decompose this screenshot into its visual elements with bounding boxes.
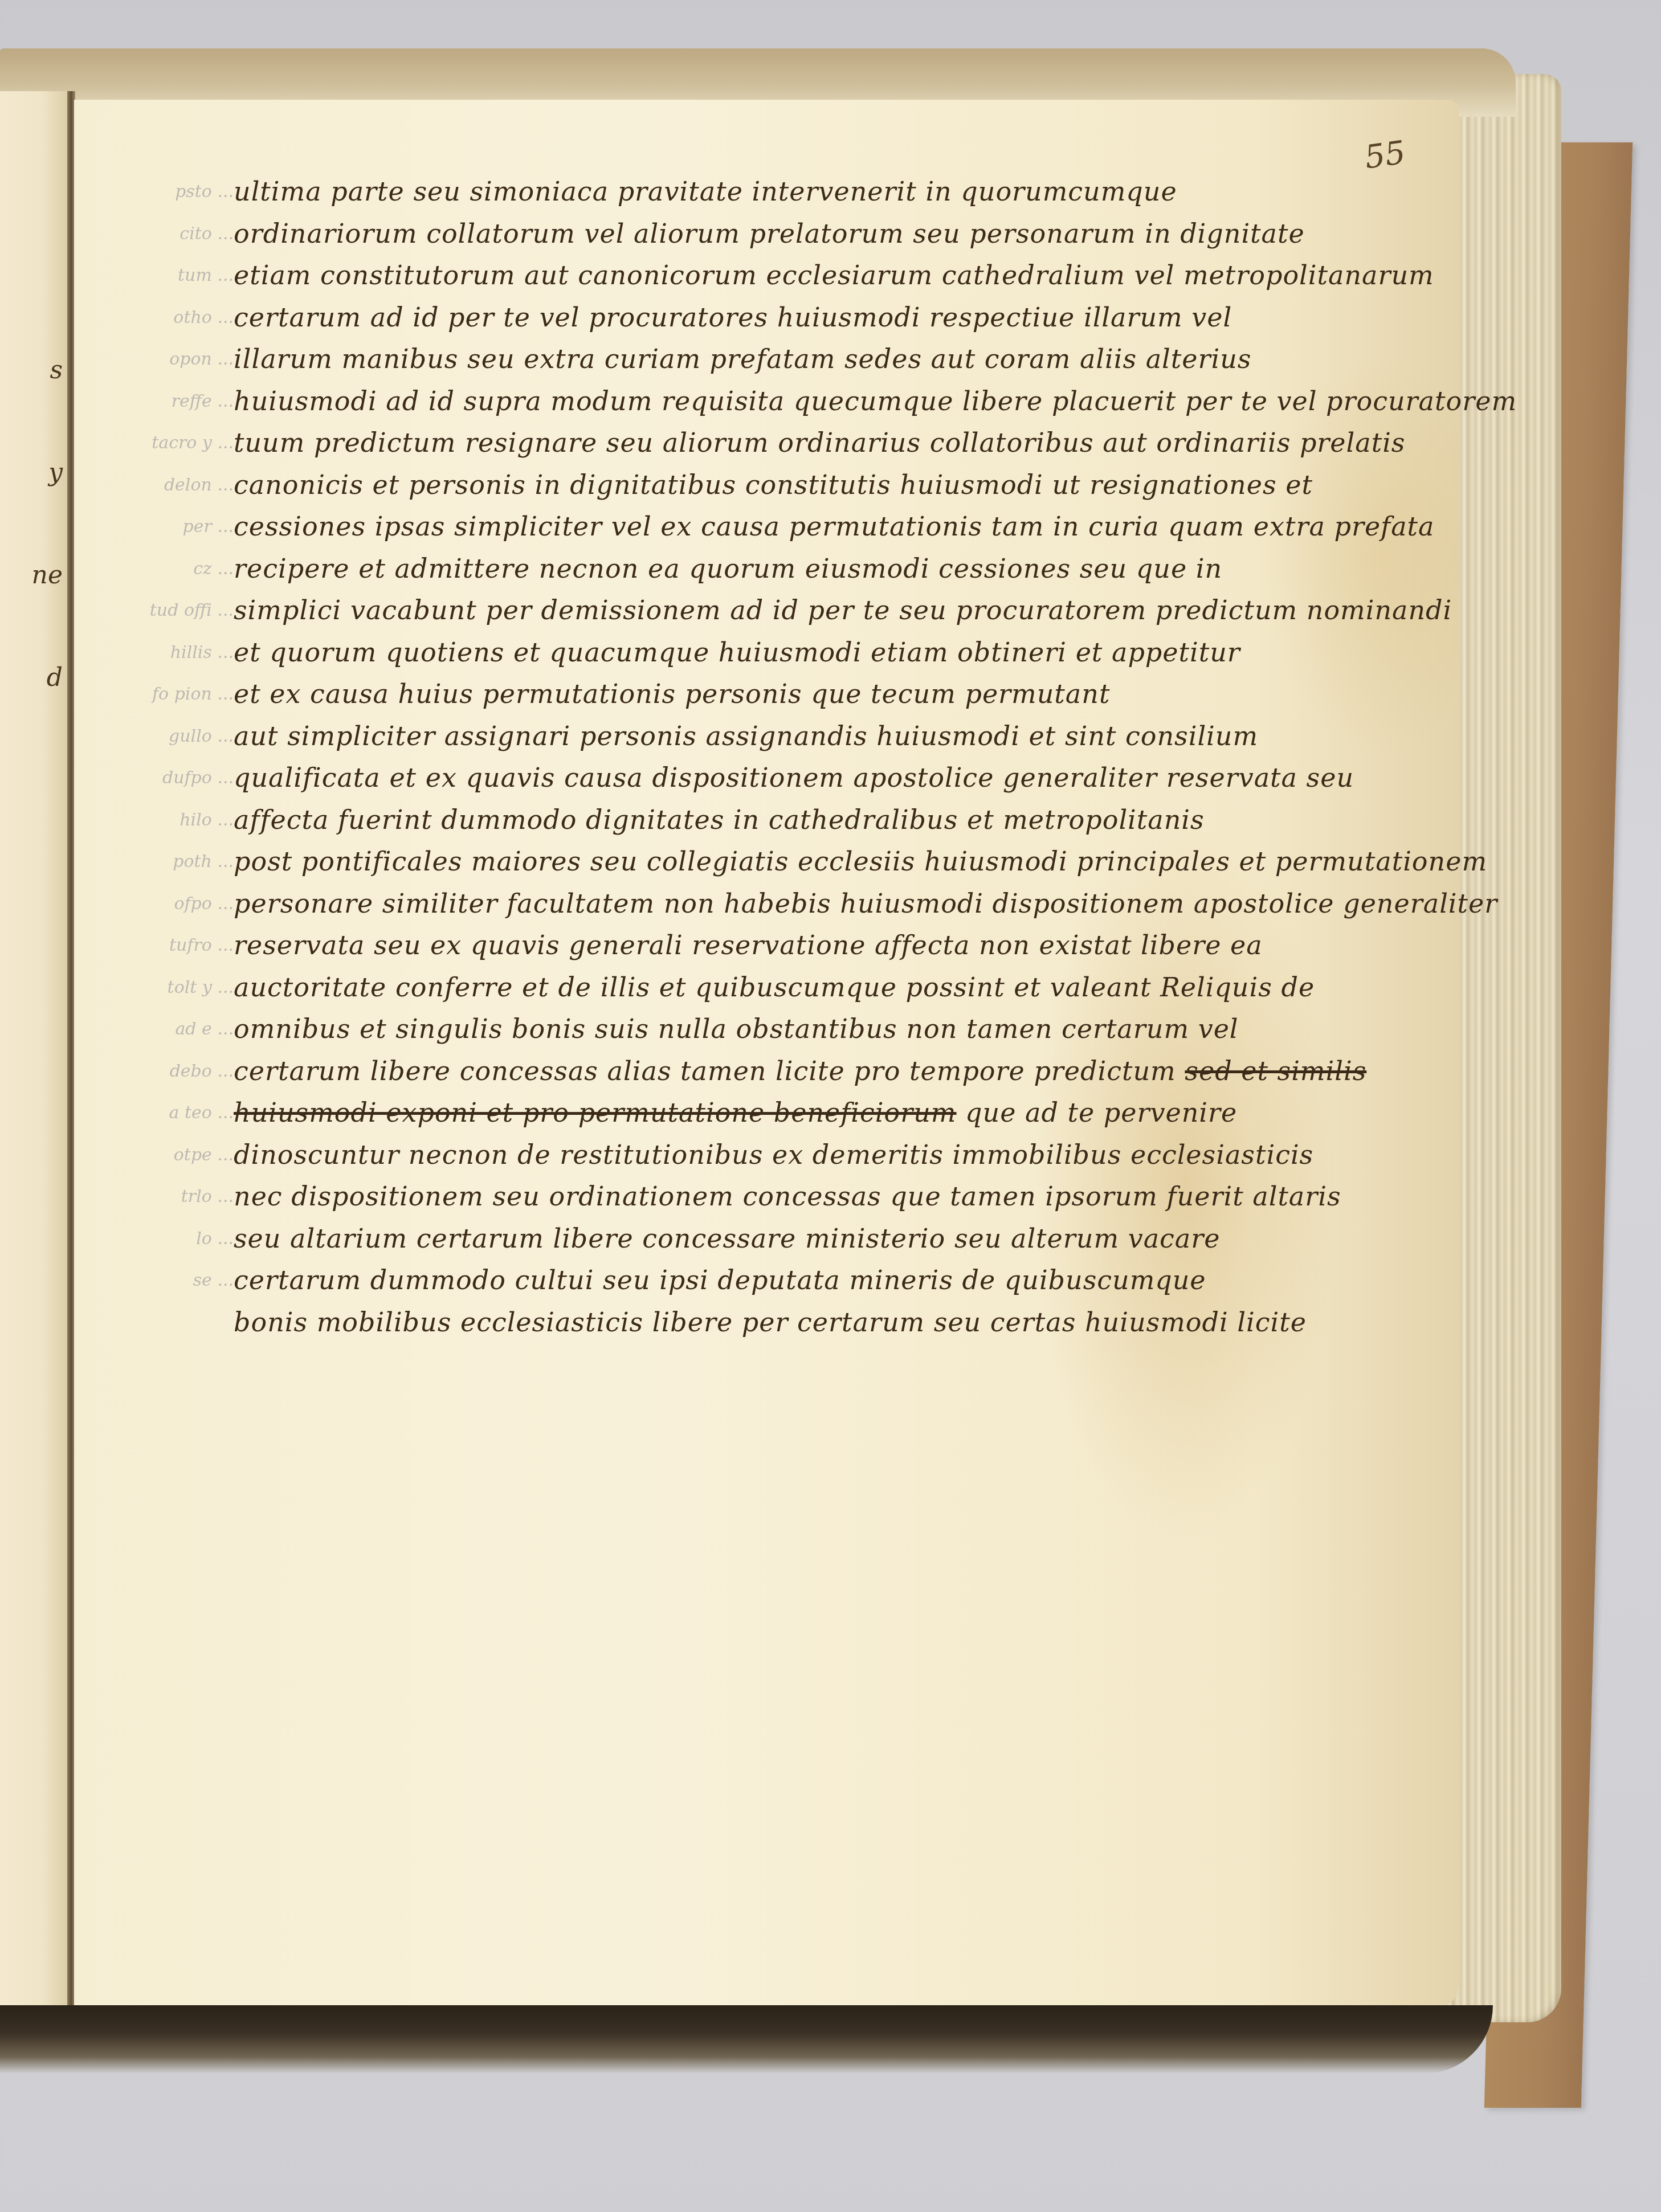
line-text: affecta fuerint dummodo dignitates in ca… xyxy=(234,804,1205,835)
line-text: auctoritate conferre et de illis et quib… xyxy=(234,972,1315,1003)
line-text: bonis mobilibus ecclesiasticis libere pe… xyxy=(234,1307,1307,1338)
show-through-line: fo pion ... xyxy=(85,673,234,715)
text-line: cessiones ipsas simpliciter vel ex causa… xyxy=(234,506,1436,548)
text-line: huiusmodi ad id supra modum requisita qu… xyxy=(234,381,1436,423)
left-fragment: ne xyxy=(0,524,63,627)
text-line: illarum manibus seu extra curiam prefata… xyxy=(234,338,1436,381)
text-line: nec dispositionem seu ordinationem conce… xyxy=(234,1176,1436,1218)
text-line: ordinariorum collatorum vel aliorum prel… xyxy=(234,213,1436,255)
line-text: post pontificales maiores seu collegiati… xyxy=(234,846,1487,877)
line-text: canonicis et personis in dignitatibus co… xyxy=(234,469,1313,500)
show-through-line: tacro y ... xyxy=(85,422,234,464)
show-through-line: gullo ... xyxy=(85,715,234,758)
line-text: omnibus et singulis bonis suis nulla obs… xyxy=(234,1013,1239,1044)
text-line: certarum ad id per te vel procuratores h… xyxy=(234,297,1436,339)
show-through-line: poth ... xyxy=(85,841,234,883)
line-text: certarum ad id per te vel procuratores h… xyxy=(234,302,1232,333)
text-line: qualificata et ex quavis causa dispositi… xyxy=(234,757,1436,799)
line-text: et ex causa huius permutationis personis… xyxy=(234,678,1110,709)
line-text: cessiones ipsas simpliciter vel ex causa… xyxy=(234,511,1434,542)
show-through-line: hilo ... xyxy=(85,799,234,841)
line-text: aut simpliciter assignari personis assig… xyxy=(234,721,1258,751)
show-through-line: tufro ... xyxy=(85,925,234,967)
line-text: tuum predictum resignare seu aliorum ord… xyxy=(234,427,1405,458)
show-through-line: otpe ... xyxy=(85,1134,234,1176)
verso-show-through: psto ... cito ... tum ... otho ... opon … xyxy=(85,171,234,1302)
show-through-line: ofpo ... xyxy=(85,883,234,925)
show-through-line: cz ... xyxy=(85,548,234,590)
text-line: aut simpliciter assignari personis assig… xyxy=(234,715,1436,758)
text-line: affecta fuerint dummodo dignitates in ca… xyxy=(234,799,1436,841)
line-text: huiusmodi ad id supra modum requisita qu… xyxy=(234,386,1517,416)
show-through-line: ad e ... xyxy=(85,1008,234,1050)
line-text: illarum manibus seu extra curiam prefata… xyxy=(234,344,1251,374)
show-through-line: hillis ... xyxy=(85,632,234,674)
show-through-line: cito ... xyxy=(85,213,234,255)
line-text: qualificata et ex quavis causa dispositi… xyxy=(234,762,1354,793)
line-text: recipere et admittere necnon ea quorum e… xyxy=(234,553,1222,584)
text-line: dinoscuntur necnon de restitutionibus ex… xyxy=(234,1134,1436,1176)
text-line: tuum predictum resignare seu aliorum ord… xyxy=(234,422,1436,464)
show-through-line: tolt y ... xyxy=(85,967,234,1009)
text-line: et ex causa huius permutationis personis… xyxy=(234,673,1436,715)
text-line: recipere et admittere necnon ea quorum e… xyxy=(234,548,1436,590)
text-line: bonis mobilibus ecclesiasticis libere pe… xyxy=(234,1302,1436,1344)
text-line: omnibus et singulis bonis suis nulla obs… xyxy=(234,1008,1436,1050)
line-text: certarum dummodo cultui seu ipsi deputat… xyxy=(234,1265,1206,1295)
left-page-ink-fragments: s y ne d xyxy=(0,319,63,729)
show-through-line: dufpo ... xyxy=(85,757,234,799)
text-line: reservata seu ex quavis generali reserva… xyxy=(234,925,1436,967)
text-line: personare similiter facultatem non habeb… xyxy=(234,883,1436,925)
show-through-line: opon ... xyxy=(85,338,234,381)
line-text: reservata seu ex quavis generali reserva… xyxy=(234,930,1263,960)
show-through-line: otho ... xyxy=(85,297,234,339)
text-line: ultima parte seu simoniaca pravitate int… xyxy=(234,171,1436,213)
show-through-line: debo ... xyxy=(85,1050,234,1093)
line-text: que ad te pervenire xyxy=(965,1097,1237,1128)
text-line: et quorum quotiens et quacumque huiusmod… xyxy=(234,632,1436,674)
show-through-line: trlo ... xyxy=(85,1176,234,1218)
struck-through-text: huiusmodi exponi et pro permutatione ben… xyxy=(234,1097,956,1128)
struck-through-text: sed et similis xyxy=(1185,1056,1366,1086)
manuscript-text-block: ultima parte seu simoniaca pravitate int… xyxy=(234,171,1436,1343)
line-text: etiam constitutorum aut canonicorum eccl… xyxy=(234,260,1434,291)
text-line: canonicis et personis in dignitatibus co… xyxy=(234,464,1436,506)
show-through-line: reffe ... xyxy=(85,381,234,423)
text-line: etiam constitutorum aut canonicorum eccl… xyxy=(234,255,1436,297)
left-fragment: y xyxy=(0,422,63,524)
left-fragment: d xyxy=(0,627,63,729)
show-through-line: per ... xyxy=(85,506,234,548)
bottom-page-edge xyxy=(0,2005,1493,2074)
text-line: post pontificales maiores seu collegiati… xyxy=(234,841,1436,883)
line-text: nec dispositionem seu ordinationem conce… xyxy=(234,1181,1341,1212)
text-line: simplici vacabunt per demissionem ad id … xyxy=(234,590,1436,632)
folio-number: 55 xyxy=(1362,134,1408,176)
text-line: auctoritate conferre et de illis et quib… xyxy=(234,967,1436,1009)
left-fragment: s xyxy=(0,319,63,422)
show-through-line: tum ... xyxy=(85,255,234,297)
text-line: certarum libere concessas alias tamen li… xyxy=(234,1050,1436,1093)
line-text: ultima parte seu simoniaca pravitate int… xyxy=(234,176,1177,207)
line-text: simplici vacabunt per demissionem ad id … xyxy=(234,595,1452,625)
line-text: certarum libere concessas alias tamen li… xyxy=(234,1056,1176,1086)
show-through-line: psto ... xyxy=(85,171,234,213)
show-through-line: tud offi ... xyxy=(85,590,234,632)
show-through-line: se ... xyxy=(85,1260,234,1302)
show-through-line: delon ... xyxy=(85,464,234,506)
text-line: huiusmodi exponi et pro permutatione ben… xyxy=(234,1092,1436,1134)
line-text: ordinariorum collatorum vel aliorum prel… xyxy=(234,218,1305,249)
line-text: personare similiter facultatem non habeb… xyxy=(234,888,1497,919)
line-text: dinoscuntur necnon de restitutionibus ex… xyxy=(234,1139,1313,1170)
show-through-line: lo ... xyxy=(85,1218,234,1260)
line-text: seu altarium certarum libere concessare … xyxy=(234,1223,1221,1254)
text-line: certarum dummodo cultui seu ipsi deputat… xyxy=(234,1260,1436,1302)
text-line: seu altarium certarum libere concessare … xyxy=(234,1218,1436,1260)
show-through-line: a teo ... xyxy=(85,1092,234,1134)
line-text: et quorum quotiens et quacumque huiusmod… xyxy=(234,637,1240,668)
